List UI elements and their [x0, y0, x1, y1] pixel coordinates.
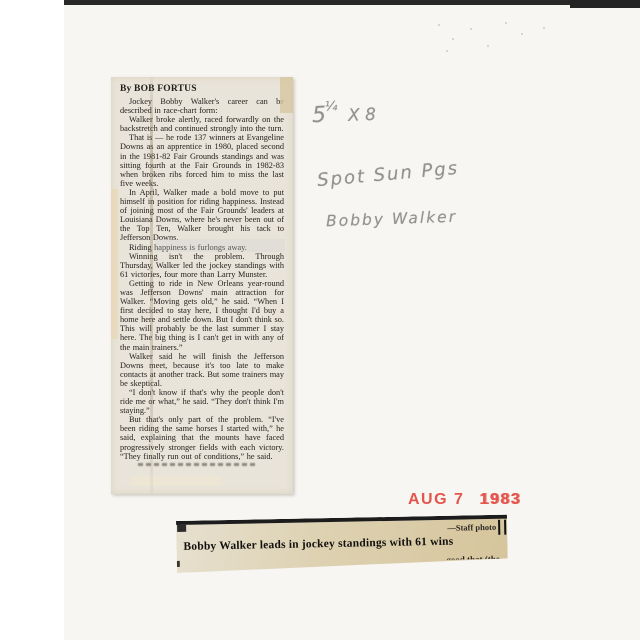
paper-stain — [131, 476, 221, 486]
paper-speck — [543, 27, 545, 29]
size-fraction: ¼ — [324, 100, 337, 115]
paper-speck — [452, 38, 454, 40]
stamp-year: 1983 — [479, 491, 521, 508]
article-paragraph: But that's only part of the problem. “I'… — [120, 415, 284, 460]
scan-top-edge-corner — [570, 0, 640, 8]
article-paragraph: “I don't know if that's why the people d… — [120, 388, 284, 415]
column-rule-marks — [498, 520, 506, 535]
photo-credit: —Staff photo — [447, 522, 496, 533]
clipped-text-fragment — [138, 463, 258, 466]
paper-speck — [470, 28, 472, 30]
caption-clipping-strip: —Staff photo Bobby Walker leads in jocke… — [176, 515, 508, 573]
article-paragraph: Winning isn't the problem. Through Thurs… — [120, 252, 284, 279]
paper-speck — [487, 45, 489, 47]
article-paragraph: Walker said he will finish the Jefferson… — [120, 352, 284, 388]
size-dimensions: X 8 — [348, 105, 377, 126]
stamp-month-day: AUG 7 — [408, 491, 464, 508]
paper-speck — [446, 50, 448, 52]
article-paragraph: Walker broke alertly, raced forwardly on… — [120, 115, 284, 133]
article-paragraph: In April, Walker made a bold move to put… — [120, 188, 284, 243]
photo-caption: Bobby Walker leads in jockey standings w… — [183, 536, 453, 553]
newspaper-clipping: By BOB FORTUS Jockey Bobby Walker's care… — [111, 77, 293, 494]
article-paragraph: That is — he rode 137 winners at Evangel… — [120, 133, 284, 188]
article-paragraph: Jockey Bobby Walker's career can be desc… — [120, 97, 284, 115]
paper-speck — [521, 33, 523, 35]
handwritten-note-subject: Bobby Walker — [326, 208, 458, 231]
scan-top-edge — [64, 0, 640, 5]
page-left-margin — [0, 0, 64, 640]
article-byline: By BOB FORTUS — [120, 84, 284, 95]
paper-speck — [438, 24, 440, 26]
paper-speck — [505, 22, 507, 24]
paper-stain — [280, 77, 293, 113]
scanned-page: By BOB FORTUS Jockey Bobby Walker's care… — [0, 0, 640, 640]
torn-edge-mark — [177, 561, 180, 567]
date-stamp: AUG 71983 — [408, 491, 521, 509]
clipped-text-fragment: good that (the — [446, 554, 500, 560]
torn-edge-mark — [177, 525, 186, 532]
paper-stain — [111, 189, 118, 339]
paper-stain — [155, 239, 285, 252]
handwritten-size-note: 5¼ X 8 — [312, 101, 377, 128]
article-paragraph: Getting to ride in New Orleans year-roun… — [120, 279, 284, 352]
handwritten-note-placement: Spot Sun Pgs — [316, 158, 460, 191]
